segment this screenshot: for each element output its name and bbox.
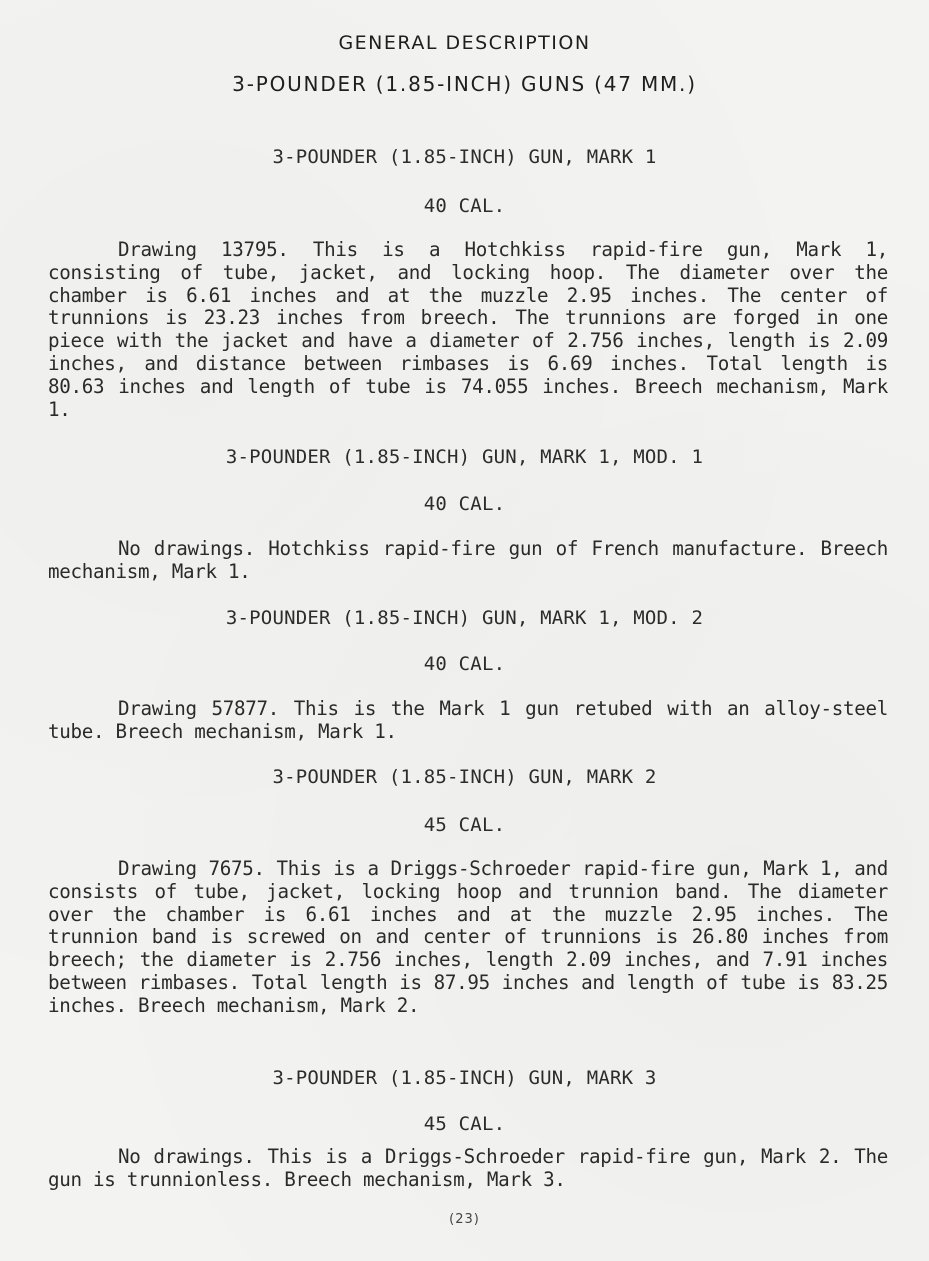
page-number: (23) bbox=[0, 1212, 929, 1227]
section-title: 3-POUNDER (1.85-INCH) GUN, MARK 1, MOD. … bbox=[0, 446, 929, 468]
section-caliber: 45 CAL. bbox=[0, 1113, 929, 1135]
section-title: 3-POUNDER (1.85-INCH) GUN, MARK 3 bbox=[0, 1067, 929, 1089]
section-paragraph: No drawings. Hotchkiss rapid-fire gun of… bbox=[48, 538, 888, 584]
page-subheading: 3-POUNDER (1.85-INCH) GUNS (47 MM.) bbox=[0, 72, 929, 96]
section-title: 3-POUNDER (1.85-INCH) GUN, MARK 2 bbox=[0, 766, 929, 788]
section-paragraph: Drawing 13795. This is a Hotchkiss rapid… bbox=[48, 239, 888, 421]
section-title: 3-POUNDER (1.85-INCH) GUN, MARK 1, MOD. … bbox=[0, 607, 929, 629]
section-caliber: 45 CAL. bbox=[0, 814, 929, 836]
section-paragraph: No drawings. This is a Driggs-Schroeder … bbox=[48, 1146, 888, 1192]
page-heading: GENERAL DESCRIPTION bbox=[0, 32, 929, 54]
section-caliber: 40 CAL. bbox=[0, 653, 929, 675]
section-paragraph: Drawing 57877. This is the Mark 1 gun re… bbox=[48, 698, 888, 744]
document-page: GENERAL DESCRIPTION 3-POUNDER (1.85-INCH… bbox=[0, 0, 929, 1261]
section-caliber: 40 CAL. bbox=[0, 493, 929, 515]
section-caliber: 40 CAL. bbox=[0, 195, 929, 217]
section-paragraph: Drawing 7675. This is a Driggs-Schroeder… bbox=[48, 858, 888, 1018]
section-title: 3-POUNDER (1.85-INCH) GUN, MARK 1 bbox=[0, 146, 929, 168]
